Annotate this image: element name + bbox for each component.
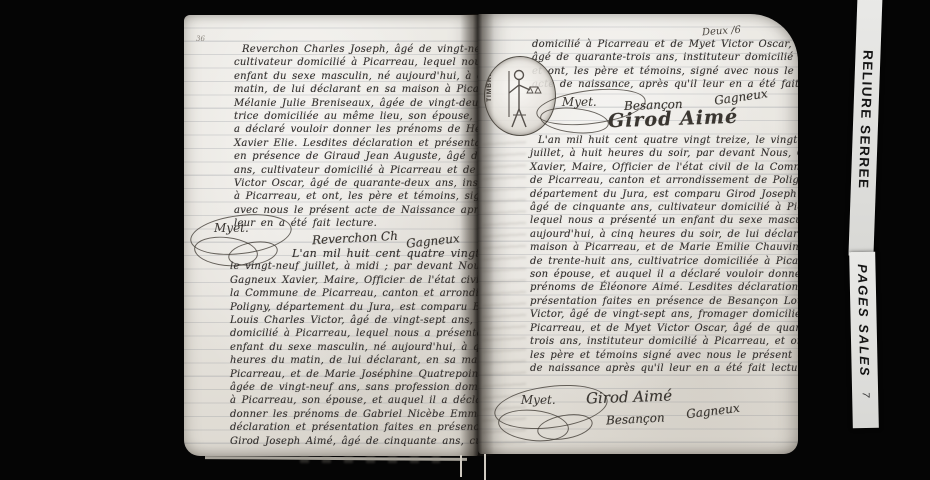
handwritten-line: L'an mil huit cent quatre vingt treize, … bbox=[530, 134, 798, 147]
handwritten-line: Poligny, département du Jura, est compar… bbox=[230, 301, 478, 314]
handwritten-line: Xavier, Maire, Officier de l'état civil … bbox=[530, 161, 798, 174]
handwritten-line: Victor Oscar, âgé de quarante-deux ans, … bbox=[234, 177, 478, 190]
handwritten-line: présentation faites en présence de Besan… bbox=[530, 295, 798, 308]
handwritten-line: en présence de Giraud Jean Auguste, âgé … bbox=[234, 150, 478, 163]
handwritten-line: le vingt-neuf juillet, à midi ; par deva… bbox=[230, 260, 478, 273]
handwritten-line: enfant du sexe masculin, né aujourd'hui,… bbox=[234, 70, 478, 83]
film-smudge bbox=[300, 455, 440, 463]
handwritten-line: trice domiciliée au même lieu, son épous… bbox=[234, 110, 478, 123]
handwritten-line: de Picarreau, canton et arrondissement d… bbox=[530, 174, 798, 187]
handwritten-line: déclaration et présentation faites en pr… bbox=[230, 421, 478, 434]
handwritten-line: Girod Joseph Aimé, âgé de cinquante ans,… bbox=[230, 435, 478, 448]
signature-reverchon: Reverchon Ch bbox=[312, 229, 399, 247]
handwritten-line: Xavier Elie. Lesdites déclaration et pré… bbox=[234, 137, 478, 150]
microfilm-frame: { "colors": { "background": "#050505", "… bbox=[0, 0, 930, 480]
handwritten-line: donner les prénoms de Gabriel Nicèbe Emm… bbox=[230, 408, 478, 421]
handwritten-line: aujourd'hui, à cinq heures du soir, de l… bbox=[530, 228, 798, 241]
handwritten-line: lequel nous a présenté un enfant du sexe… bbox=[530, 214, 798, 227]
handwritten-line: Louis Charles Victor, âgé de vingt-sept … bbox=[230, 314, 478, 327]
handwritten-line: son épouse, et auquel il a déclaré voulo… bbox=[530, 268, 798, 281]
handwritten-line: a déclaré vouloir donner les prénoms de … bbox=[234, 123, 478, 136]
stamp-label: Myet. bbox=[521, 393, 556, 407]
handwritten-line: la Commune de Picarreau, canton et arron… bbox=[230, 287, 478, 300]
handwritten-line: ans, cultivateur domicilié à Picarreau e… bbox=[234, 164, 478, 177]
signature-girod: Girod Aimé bbox=[586, 387, 673, 408]
handwritten-line: Reverchon Charles Joseph, âgé de vingt-n… bbox=[234, 43, 478, 56]
left-page: 36 Reverchon Charles Joseph, âgé de ving… bbox=[184, 15, 478, 456]
handwritten-line: prénoms de Éléonore Aimé. Lesdites décla… bbox=[530, 281, 798, 294]
handwritten-line: Picarreau, et de Myet Victor Oscar, âgé … bbox=[530, 322, 798, 335]
handwritten-line: et ont, les père et témoins, signé avec … bbox=[532, 65, 798, 78]
handwritten-line: âgé de cinquante ans, cultivateur domici… bbox=[530, 201, 798, 214]
pages-sales-label: PAGES SALES 7 bbox=[849, 252, 879, 429]
handwritten-line: matin, de lui déclarant en sa maison à P… bbox=[234, 83, 478, 96]
signature-mayor: Gagneux bbox=[685, 401, 740, 421]
signature-besancon: Besançon bbox=[606, 410, 665, 427]
corner-folio-note: Deux /6 bbox=[702, 25, 742, 39]
act3-text: L'an mil huit cent quatre vingt treize, … bbox=[530, 134, 798, 375]
handwritten-line: de naissance après qu'il leur en a été f… bbox=[530, 362, 798, 375]
handwritten-line: âgé de quarante-trois ans, instituteur d… bbox=[532, 51, 798, 64]
handwritten-line: Picarreau, et de Marie Joséphine Quatrep… bbox=[230, 368, 478, 381]
act1-continuation-text: Reverchon Charles Joseph, âgé de vingt-n… bbox=[234, 43, 478, 231]
handwritten-line: département du Jura, est comparu Girod J… bbox=[530, 188, 798, 201]
reliure-serree-label: RELIURE SERREE bbox=[848, 0, 882, 256]
handwritten-line: à Picarreau, son épouse, et auquel il a … bbox=[230, 394, 478, 407]
strip-text: RELIURE SERREE bbox=[856, 50, 876, 190]
handwritten-line: à Picarreau, et ont, les père et témoins… bbox=[234, 190, 478, 203]
handwritten-line: Victor, âgé de vingt-sept ans, fromager … bbox=[530, 308, 798, 321]
handwritten-line: de trente-huit ans, cultivatrice domicil… bbox=[530, 255, 798, 268]
handwritten-line: juillet, à huit heures du soir, par deva… bbox=[530, 147, 798, 160]
handwritten-line: cultivateur domicilié à Picarreau, leque… bbox=[234, 56, 478, 69]
strip-text: PAGES SALES bbox=[855, 264, 872, 378]
strip-note: 7 bbox=[860, 391, 871, 397]
right-page: Deux /6 domicilié à Picarreau et de Myet… bbox=[478, 14, 798, 454]
act2-text: L'an mil huit cent quatre vingt treize,l… bbox=[230, 247, 478, 448]
binding-thread bbox=[484, 454, 486, 480]
handwritten-line: Mélanie Julie Breniseaux, âgée de vingt-… bbox=[234, 97, 478, 110]
stamp-label: Myet. bbox=[562, 95, 597, 109]
pencil-margin-note: 36 bbox=[196, 35, 205, 43]
handwritten-line: domicilié à Picarreau et de Myet Victor … bbox=[532, 38, 798, 51]
handwritten-line: domicilié à Picarreau, lequel nous a pré… bbox=[230, 327, 478, 340]
handwritten-line: trois ans, instituteur domicilié à Picar… bbox=[530, 335, 798, 348]
act2-continuation-text: domicilié à Picarreau et de Myet Victor … bbox=[532, 38, 798, 92]
handwritten-line: âgée de vingt-neuf ans, sans profession … bbox=[230, 381, 478, 394]
handwritten-line: enfant du sexe masculin, né aujourd'hui,… bbox=[230, 341, 478, 354]
stamp-label: Myet. bbox=[214, 221, 249, 235]
handwritten-line: maison à Picarreau, et de Marie Emilie C… bbox=[530, 241, 798, 254]
handwritten-line: les père et témoins signé avec nous le p… bbox=[530, 349, 798, 362]
handwritten-line: L'an mil huit cent quatre vingt treize, bbox=[230, 247, 478, 260]
handwritten-line: Gagneux Xavier, Maire, Officier de l'éta… bbox=[230, 274, 478, 287]
handwritten-line: heures du matin, de lui déclarant, en sa… bbox=[230, 354, 478, 367]
act-heading: Girod Aimé bbox=[608, 106, 739, 133]
